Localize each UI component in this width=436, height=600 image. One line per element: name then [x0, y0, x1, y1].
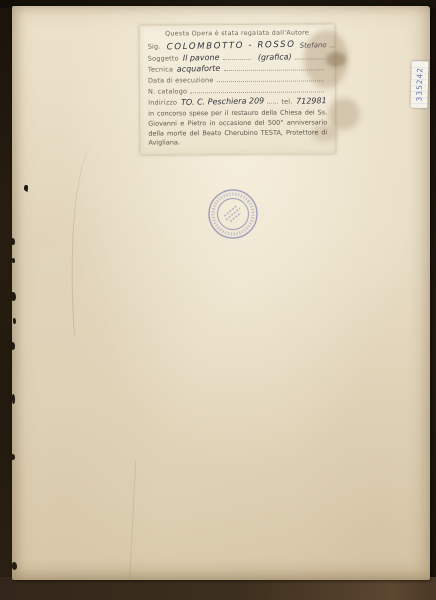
field-label: Data di esecuzione — [148, 76, 214, 84]
edge-chip — [12, 258, 15, 263]
handwritten-surname: COLOMBOTTO - ROSSO — [167, 40, 296, 53]
dotted-line — [329, 39, 334, 47]
field-label: N. catalogo — [148, 87, 187, 95]
dotted-line — [190, 84, 324, 93]
registration-label: Questa Opera è stata regalata dall'Autor… — [140, 24, 336, 154]
field-row-data-esecuzione: Data di esecuzione — [148, 73, 327, 84]
tel-label: tel. — [281, 98, 292, 106]
inventory-number: 335242 — [415, 67, 425, 102]
handwritten-address: TO. C. Peschiera 209 — [181, 96, 264, 107]
dotted-line — [223, 52, 252, 60]
field-label: Tecnica — [148, 65, 173, 73]
edge-chip — [11, 454, 15, 460]
frame-edge-bottom — [0, 577, 436, 600]
edge-chip — [13, 318, 16, 324]
label-header: Questa Opera è stata regalata dall'Autor… — [148, 29, 327, 37]
field-row-tecnica: Tecnica acquaforte — [148, 62, 327, 73]
field-label: Indirizzo — [148, 98, 177, 106]
edge-chip — [12, 394, 15, 404]
circular-ink-stamp — [194, 175, 273, 254]
edge-chip — [11, 238, 15, 245]
photo-artwork-verso: { "label": { "header": "Questa Opera è s… — [0, 0, 436, 600]
dotted-line — [295, 51, 324, 59]
handwritten-technique: acquaforte — [177, 64, 221, 74]
edge-chip — [12, 562, 17, 570]
dotted-line — [224, 62, 324, 71]
field-row-catalogo: N. catalogo — [148, 84, 327, 95]
handwritten-firstname: Stefano — [299, 41, 326, 50]
field-label: Soggetto — [148, 54, 179, 62]
handwritten-phone: 712981 — [296, 96, 327, 106]
field-row-sig: Sig. COLOMBOTTO - ROSSO Stefano — [148, 39, 327, 51]
paper-crease — [129, 461, 139, 586]
handwritten-subject: Il pavone — [183, 53, 220, 63]
handwritten-subject-type: (grafica) — [258, 52, 292, 62]
dotted-line — [216, 73, 323, 82]
field-row-soggetto: Soggetto Il pavone (grafica) — [148, 51, 327, 62]
frame-edge-right — [429, 0, 436, 600]
ink-spot — [24, 185, 28, 191]
inventory-sticker: 335242 — [410, 61, 428, 108]
edge-chip — [11, 292, 16, 301]
artwork-verso-sheet: Questa Opera è stata regalata dall'Autor… — [12, 6, 430, 580]
paper-crease — [60, 137, 115, 337]
edge-chip — [11, 342, 15, 350]
dotted-line — [267, 96, 278, 104]
field-label: Sig. — [148, 43, 161, 51]
field-row-indirizzo: Indirizzo TO. C. Peschiera 209 tel. 7129… — [148, 95, 327, 106]
label-footer-note: in concorso spese per il restauro della … — [148, 108, 327, 148]
